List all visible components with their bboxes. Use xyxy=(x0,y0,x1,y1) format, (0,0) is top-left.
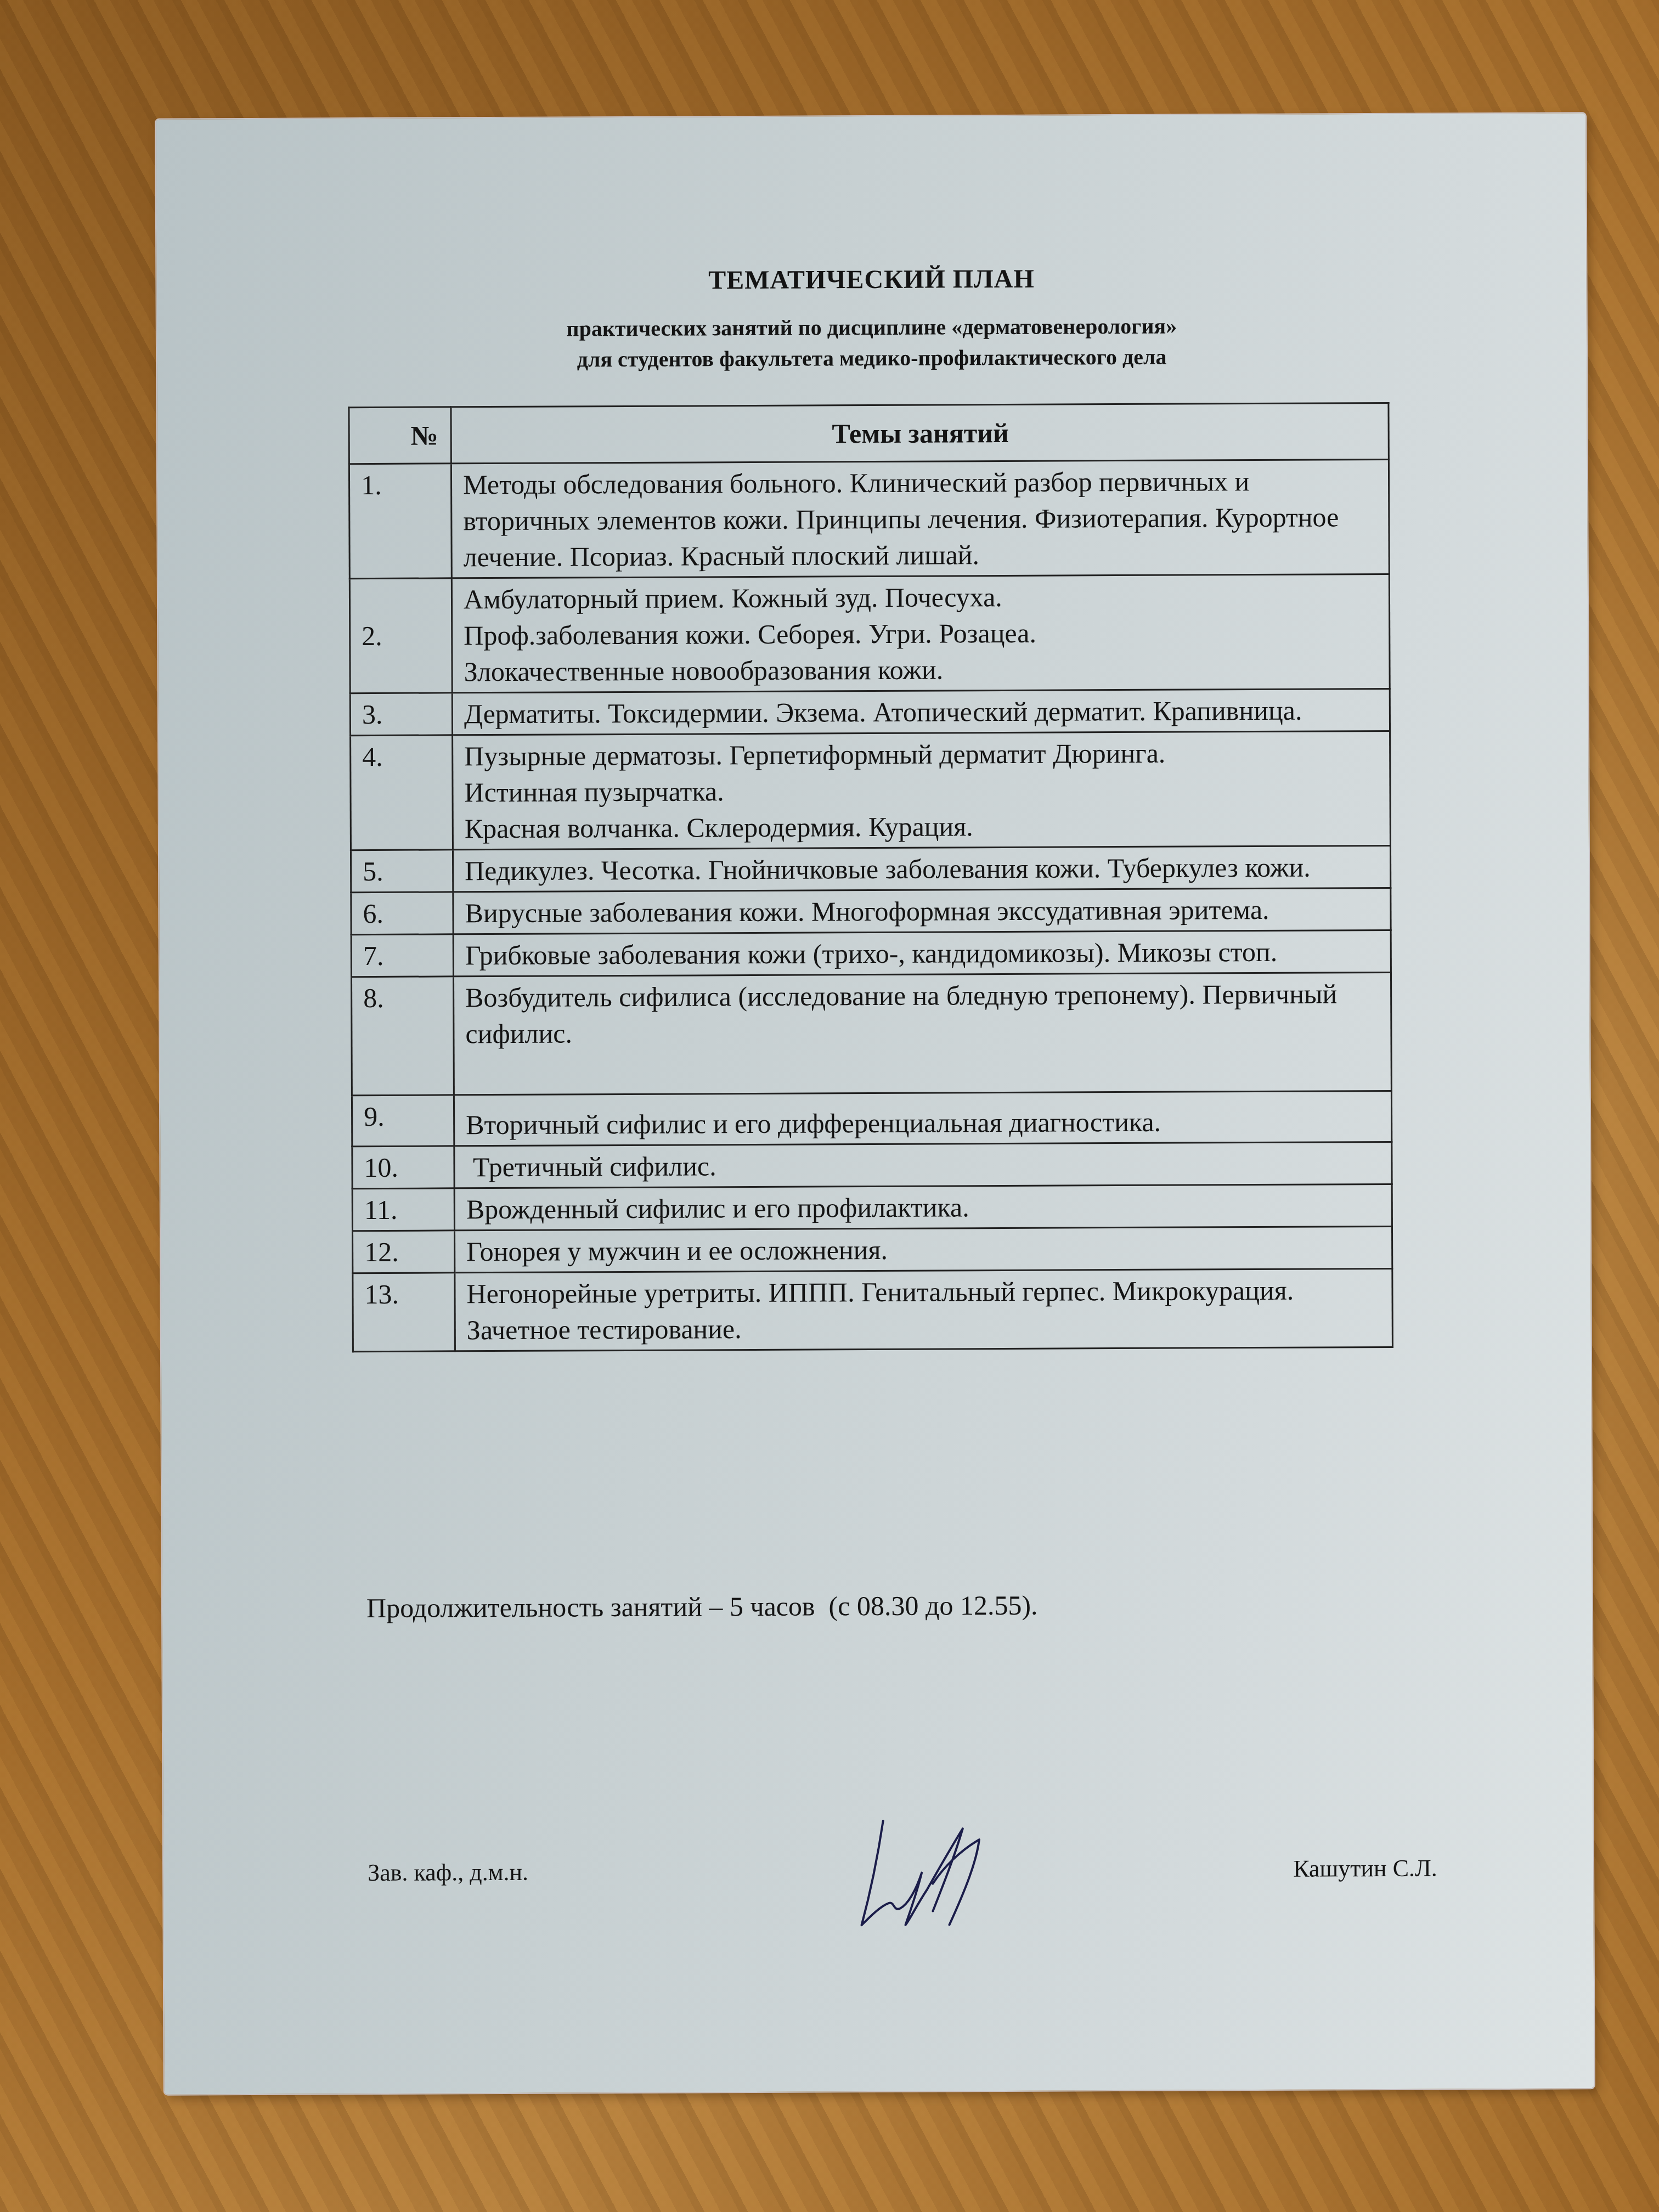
table-row: 8. Возбудитель сифилиса (исследование на… xyxy=(351,972,1391,1095)
row-topic: Педикулез. Чесотка. Гнойничковые заболев… xyxy=(453,845,1390,891)
row-number: 10. xyxy=(352,1146,454,1189)
topic-line: Пузырные дерматозы. Герпетиформный дерма… xyxy=(464,734,1379,774)
document-subtitle: практических занятий по дисциплине «дерм… xyxy=(157,309,1587,376)
header-topics: Темы занятий xyxy=(451,403,1389,463)
handwritten-signature-icon xyxy=(850,1807,1059,1934)
row-number: 8. xyxy=(351,977,454,1096)
table-row: 6. Вирусные заболевания кожи. Многоформн… xyxy=(351,888,1391,934)
title-block: ТЕМАТИЧЕСКИЙ ПЛАН практических занятий п… xyxy=(156,261,1587,376)
row-number: 6. xyxy=(351,892,453,935)
table-row: 9. Вторичный сифилис и его дифференциаль… xyxy=(352,1091,1391,1146)
topics-table: № Темы занятий 1. Методы обследования бо… xyxy=(348,402,1393,1352)
signature-row: Зав. каф., д.м.н. Кашутин С.Л. xyxy=(368,1853,1593,1859)
paper-sheet: ТЕМАТИЧЕСКИЙ ПЛАН практических занятий п… xyxy=(156,113,1594,2094)
row-number: 12. xyxy=(353,1231,455,1273)
row-topic: Возбудитель сифилиса (исследование на бл… xyxy=(453,972,1391,1094)
topic-line: Злокачественные новообразования кожи. xyxy=(464,650,1379,690)
row-topic: Грибковые заболевания кожи (трихо-, канд… xyxy=(453,930,1391,976)
row-number: 13. xyxy=(353,1273,455,1352)
table-row: 4. Пузырные дерматозы. Герпетиформный де… xyxy=(351,731,1391,850)
row-topic: Пузырные дерматозы. Герпетиформный дерма… xyxy=(453,731,1391,849)
header-number: № xyxy=(349,407,451,464)
row-number: 3. xyxy=(350,693,452,736)
row-topic: Вторичный сифилис и его дифференциальная… xyxy=(454,1091,1391,1145)
row-topic: Гонорея у мужчин и ее осложнения. xyxy=(454,1226,1392,1272)
signatory-position: Зав. каф., д.м.н. xyxy=(368,1858,528,1887)
table-row: 3. Дерматиты. Токсидермии. Экзема. Атопи… xyxy=(350,689,1390,735)
row-topic: Негонорейные уретриты. ИППП. Генитальный… xyxy=(455,1268,1393,1351)
row-number: 1. xyxy=(349,464,452,579)
row-number: 7. xyxy=(351,934,453,977)
topic-line: Амбулаторный прием. Кожный зуд. Почесуха… xyxy=(464,577,1379,617)
signatory-name: Кашутин С.Л. xyxy=(1293,1854,1437,1883)
table-row: 2. Амбулаторный прием. Кожный зуд. Почес… xyxy=(349,574,1390,693)
row-topic: Третичный сифилис. xyxy=(454,1142,1392,1188)
row-number: 5. xyxy=(351,850,453,893)
document-title: ТЕМАТИЧЕСКИЙ ПЛАН xyxy=(156,261,1586,297)
row-number: 4. xyxy=(351,735,453,850)
table-row: 10. Третичный сифилис. xyxy=(352,1142,1392,1188)
row-topic: Методы обследования больного. Клинически… xyxy=(451,459,1389,578)
row-number: 9. xyxy=(352,1095,454,1147)
row-topic: Амбулаторный прием. Кожный зуд. Почесуха… xyxy=(452,574,1390,692)
topic-line: Истинная пузырчатка. xyxy=(464,770,1379,810)
subtitle-line-2: для студентов факультета медико-профилак… xyxy=(157,340,1587,376)
row-topic: Вирусные заболевания кожи. Многоформная … xyxy=(453,888,1391,934)
topic-line: Проф.заболевания кожи. Себорея. Угри. Ро… xyxy=(464,613,1379,653)
row-topic: Дерматиты. Токсидермии. Экзема. Атопичес… xyxy=(452,689,1390,735)
table-header-row: № Темы занятий xyxy=(349,403,1389,464)
duration-note: Продолжительность занятий – 5 часов (с 0… xyxy=(366,1589,1038,1624)
topic-line: Красная волчанка. Склеродермия. Курация. xyxy=(465,806,1380,847)
table-row: 13. Негонорейные уретриты. ИППП. Генитал… xyxy=(353,1268,1393,1351)
row-number: 11. xyxy=(352,1188,454,1231)
table-row: 12. Гонорея у мужчин и ее осложнения. xyxy=(353,1226,1392,1273)
table-row: 5. Педикулез. Чесотка. Гнойничковые забо… xyxy=(351,845,1390,892)
table-row: 1. Методы обследования больного. Клиниче… xyxy=(349,459,1389,578)
table-row: 11. Врожденный сифилис и его профилактик… xyxy=(352,1184,1392,1231)
table-row: 7. Грибковые заболевания кожи (трихо-, к… xyxy=(351,930,1391,977)
row-topic: Врожденный сифилис и его профилактика. xyxy=(454,1184,1392,1230)
row-number: 2. xyxy=(349,578,452,693)
